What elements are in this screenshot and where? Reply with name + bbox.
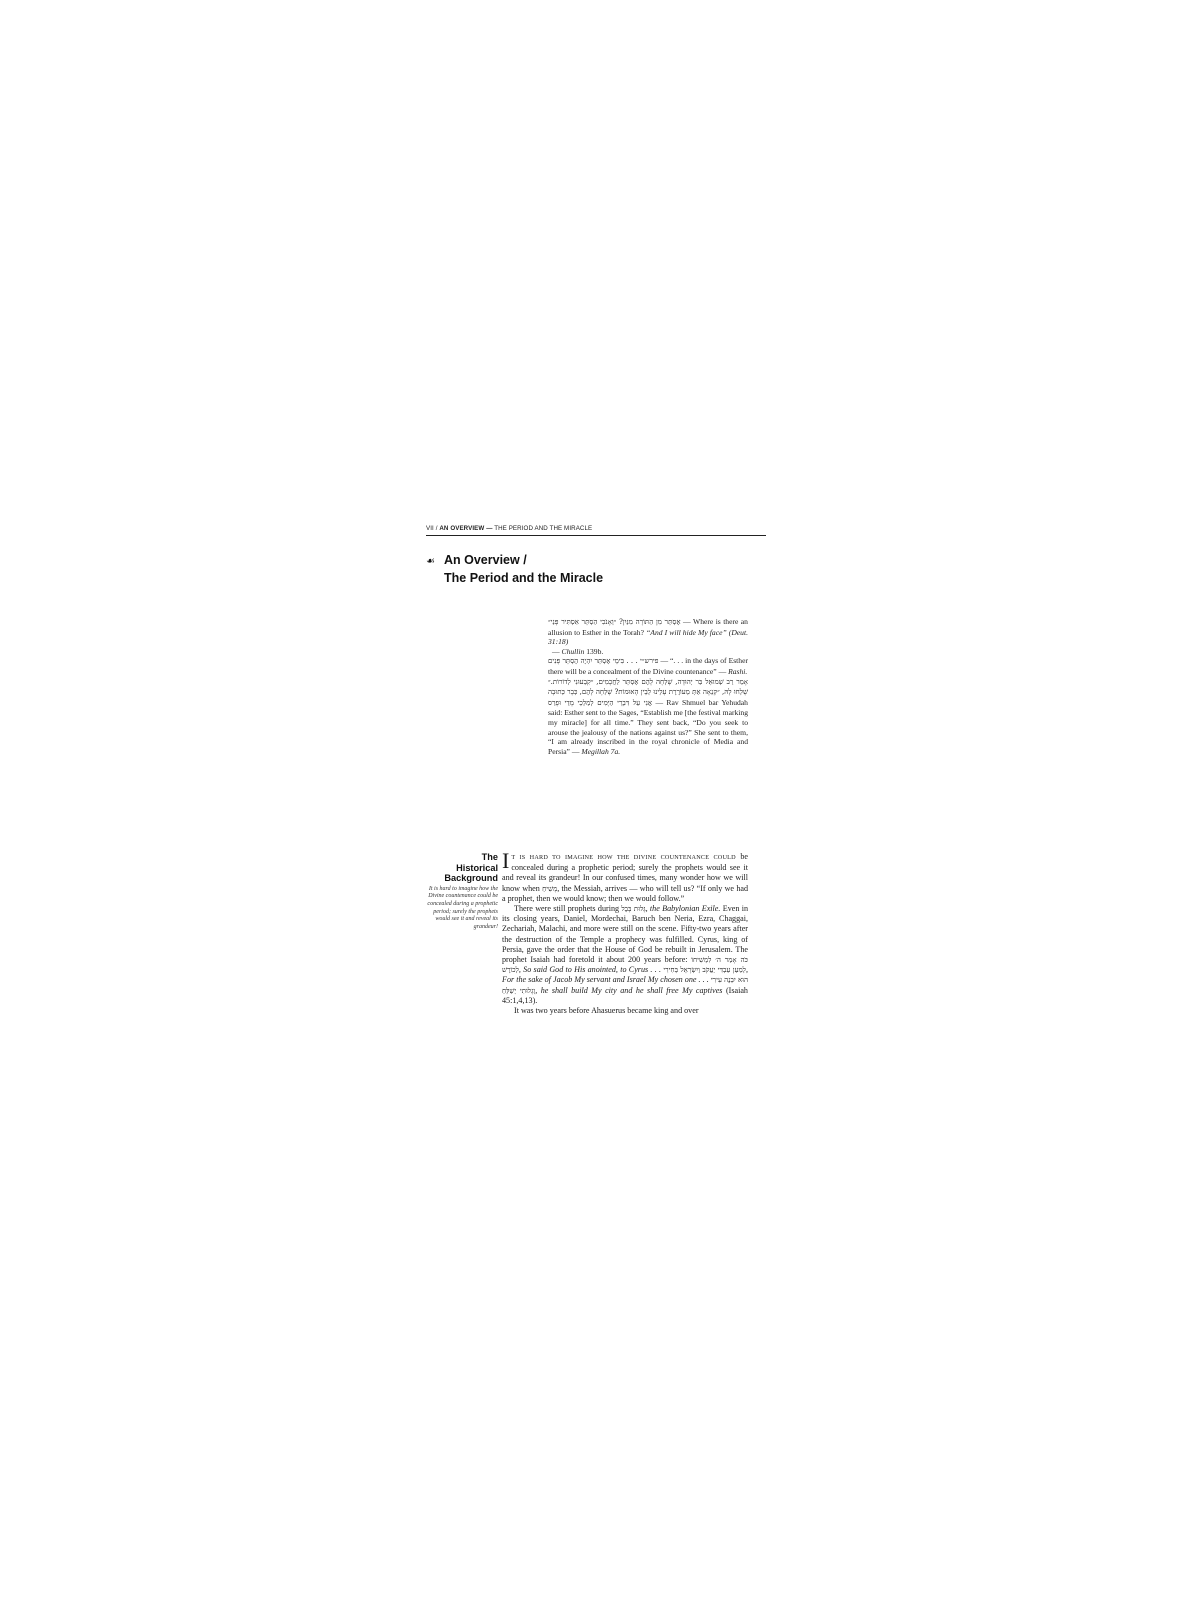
paragraph-3: It was two years before Ahasuerus became…	[502, 1006, 748, 1016]
section-sidehead: The Historical Background It is hard to …	[426, 852, 498, 931]
epigraph-source-1: — Chullin 139b.	[548, 647, 748, 657]
margin-note: It is hard to imagine how the Divine cou…	[426, 886, 498, 932]
body-text: IT IS HARD TO IMAGINE HOW THE DIVINE COU…	[502, 852, 748, 1016]
section-heading: The Historical Background	[426, 852, 498, 884]
hebrew-text: מָשִׁיחַ	[542, 885, 557, 893]
book-page: VII / AN OVERVIEW — THE PERIOD AND THE M…	[426, 525, 766, 586]
hebrew-text: לְמַעַן עַבְדִּי יַעֲקֹב וְיִשְׂרָאֵל בְ…	[663, 966, 746, 974]
chapter-title-line2: The Period and the Miracle	[426, 570, 766, 586]
hebrew-text: פירש״י . . . בִּימֵי אֶסְתֵּר יִהְיֶה הֶ…	[548, 657, 658, 665]
hebrew-text: גָּלוּת בָּבֶל	[621, 905, 645, 913]
chapter-title: ☙An Overview / The Period and the Miracl…	[426, 552, 766, 586]
hebrew-text: אֶסְתֵּר מִן הַתּוֹרָה מִנַּיִן? ״וְאָנֹ…	[548, 618, 681, 626]
running-head: VII / AN OVERVIEW — THE PERIOD AND THE M…	[426, 525, 766, 536]
drop-cap: I	[502, 852, 509, 870]
ornament-icon: ☙	[426, 554, 442, 570]
page-number: VII	[426, 525, 434, 532]
epigraph-quote-1: אֶסְתֵּר מִן הַתּוֹרָה מִנַּיִן? ״וְאָנֹ…	[548, 617, 748, 647]
paragraph-2: There were still prophets during גָּלוּת…	[502, 904, 748, 1006]
epigraph-quote-2: פירש״י . . . בִּימֵי אֶסְתֵּר יִהְיֶה הֶ…	[548, 656, 748, 676]
running-head-separator: /	[436, 525, 438, 532]
running-head-section: AN OVERVIEW	[439, 525, 484, 532]
epigraph-quote-3: אָמַר רַב שְׁמוּאֵל בַּר יְהוּדָה, שָׁלְ…	[548, 677, 748, 757]
running-head-subtitle: THE PERIOD AND THE MIRACLE	[494, 525, 592, 532]
epigraph: אֶסְתֵּר מִן הַתּוֹרָה מִנַּיִן? ״וְאָנֹ…	[548, 617, 748, 756]
paragraph-1: IT IS HARD TO IMAGINE HOW THE DIVINE COU…	[502, 852, 748, 904]
chapter-title-line1: An Overview /	[444, 553, 527, 567]
running-head-dash: —	[486, 525, 492, 532]
